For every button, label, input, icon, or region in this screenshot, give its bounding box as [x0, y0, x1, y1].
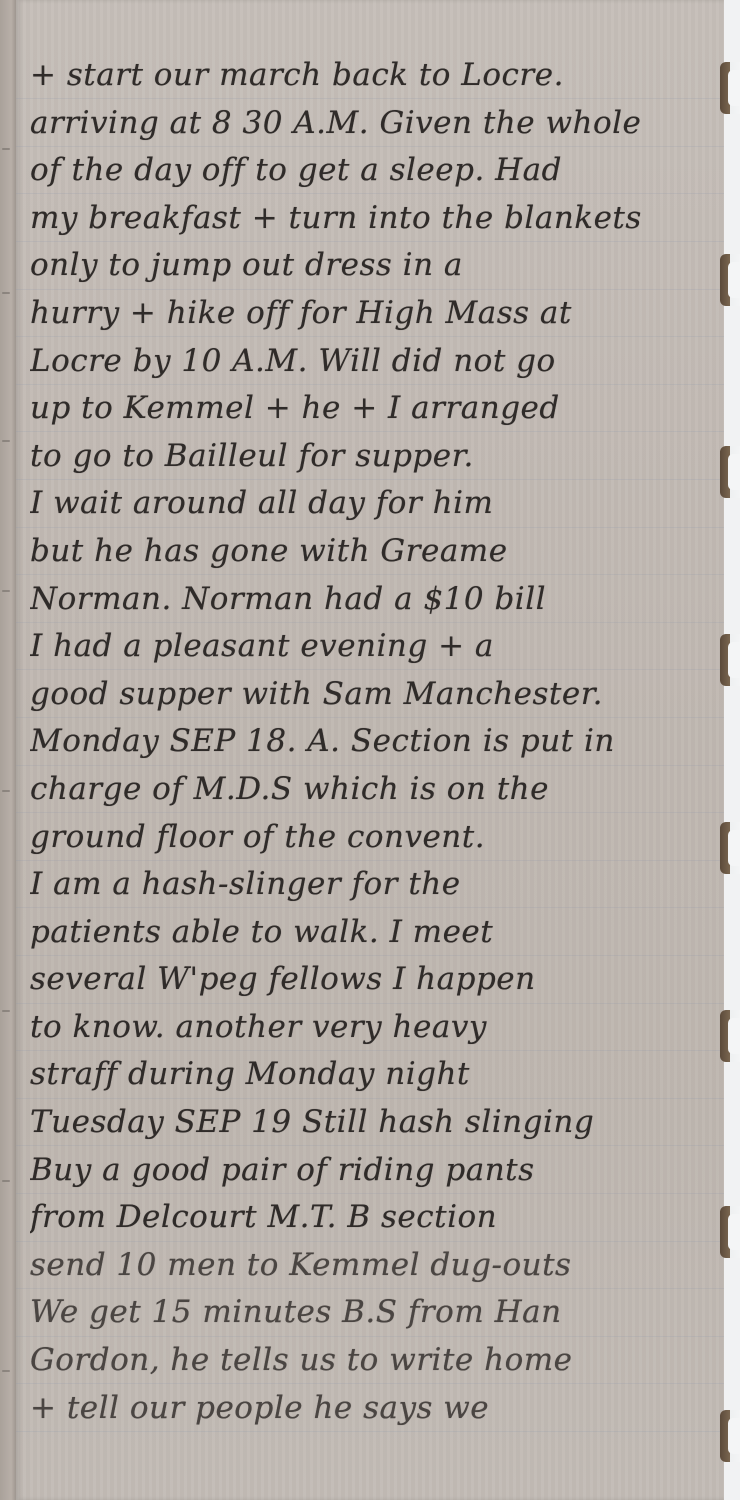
text-line: good supper with Sam Manchester.	[30, 671, 730, 719]
previous-page-ink-marks	[0, 0, 16, 1500]
text-line: I had a pleasant evening + a	[30, 623, 730, 671]
text-line: Norman. Norman had a $10 bill	[30, 576, 730, 624]
text-line: charge of M.D.S which is on the	[30, 766, 730, 814]
diary-page-scan: + start our march back to Locre. arrivin…	[0, 0, 740, 1500]
text-line: to go to Bailleul for supper.	[30, 433, 730, 481]
entry-date-line: Tuesday SEP 19 Still hash slinging	[30, 1099, 730, 1147]
text-line: but he has gone with Greame	[30, 528, 730, 576]
text-line: up to Kemmel + he + I arranged	[30, 385, 730, 433]
text-line: I am a hash-slinger for the	[30, 861, 730, 909]
text-line: to know. another very heavy	[30, 1004, 730, 1052]
text-line: send 10 men to Kemmel dug-outs	[30, 1242, 730, 1290]
text-line: I wait around all day for him	[30, 480, 730, 528]
text-line: several W'peg fellows I happen	[30, 956, 730, 1004]
text-line: Gordon, he tells us to write home	[30, 1337, 730, 1385]
entry-date-line: Monday SEP 18. A. Section is put in	[30, 718, 730, 766]
text-line: straff during Monday night	[30, 1051, 730, 1099]
text-line: of the day off to get a sleep. Had	[30, 147, 730, 195]
text-line: my breakfast + turn into the blankets	[30, 195, 730, 243]
text-line: + tell our people he says we	[30, 1385, 730, 1433]
text-line: + start our march back to Locre.	[30, 52, 730, 100]
text-line: ground floor of the convent.	[30, 814, 730, 862]
text-line: We get 15 minutes B.S from Han	[30, 1289, 730, 1337]
text-line: patients able to walk. I meet	[30, 909, 730, 957]
text-line: hurry + hike off for High Mass at	[30, 290, 730, 338]
text-line: from Delcourt M.T. B section	[30, 1194, 730, 1242]
text-line: Locre by 10 A.M. Will did not go	[30, 338, 730, 386]
text-line: arriving at 8 30 A.M. Given the whole	[30, 100, 730, 148]
handwritten-text: + start our march back to Locre. arrivin…	[30, 52, 730, 1432]
text-line: only to jump out dress in a	[30, 242, 730, 290]
text-line: Buy a good pair of riding pants	[30, 1147, 730, 1195]
